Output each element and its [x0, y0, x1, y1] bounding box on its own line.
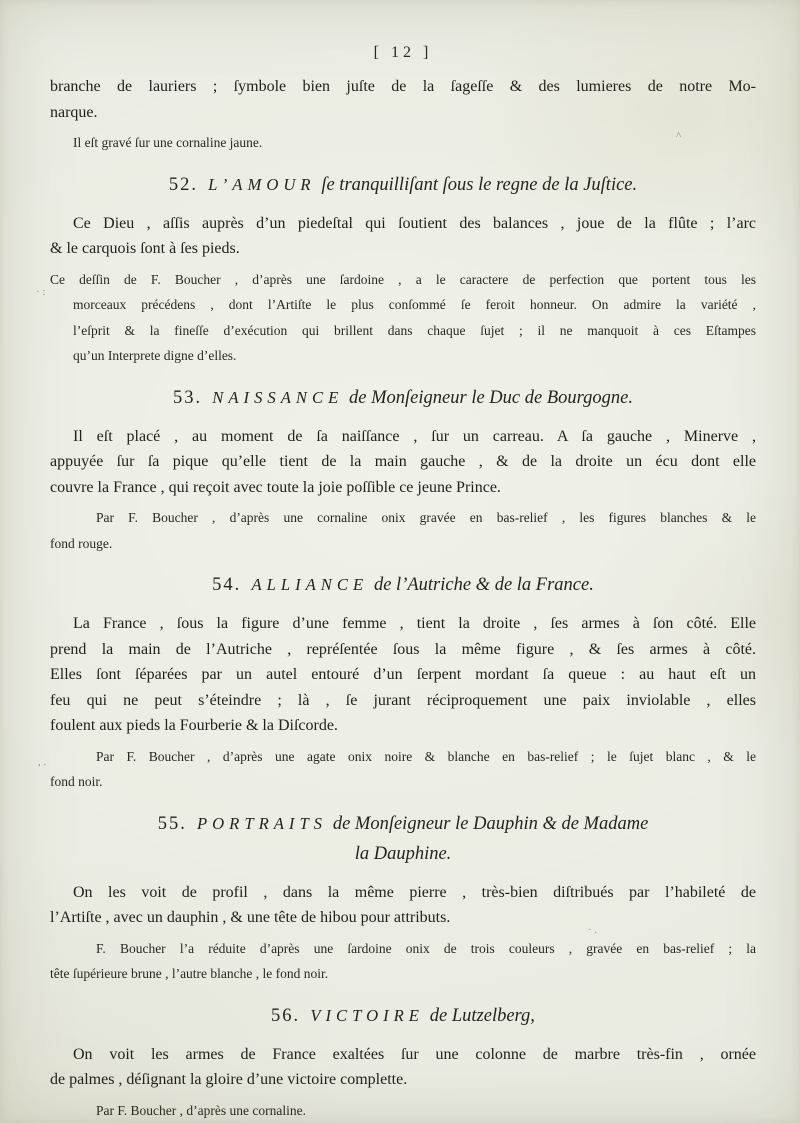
entry-title-text: de Monſeigneur le Dauphin & de Madame: [333, 814, 648, 834]
text-line: l’eſprit & la fineſſe d’exécution qui br…: [50, 318, 756, 344]
engraving-note: Ce deſſin de F. Boucher , d’après une ſa…: [50, 267, 756, 369]
paragraph: Ce Dieu , aſſis auprès d’un piedeſtal qu…: [50, 211, 756, 262]
text-line: foulent aux pieds la Fourberie & la Diſc…: [50, 713, 756, 739]
entry-heading: 53.NAISSANCEde Monſeigneur le Duc de Bou…: [50, 383, 756, 413]
entry-heading-line: 54.ALLIANCEde l’Autriche & de la France.: [50, 570, 756, 600]
entry-number: 54.: [212, 575, 241, 595]
page-number: [ 12 ]: [50, 44, 756, 62]
entry-keyword: PORTRAITS: [197, 814, 327, 833]
entry-keyword: L’AMOUR: [208, 175, 315, 194]
ink-speck: ^: [676, 130, 681, 142]
text-line: prend la main de l’Autriche , repréſenté…: [50, 637, 756, 663]
paragraph: On voit les armes de France exaltées ſur…: [50, 1042, 756, 1093]
text-line: qu’un Interprete digne d’elles.: [50, 343, 756, 369]
entry-number: 56.: [271, 1006, 300, 1026]
entry-keyword: VICTOIRE: [310, 1006, 424, 1025]
text-line: On les voit de profil , dans la même pie…: [50, 880, 756, 906]
entry-heading-line: 56.VICTOIREde Lutzelberg,: [50, 1001, 756, 1031]
text-line: fond rouge.: [50, 531, 756, 557]
entry-number: 55.: [158, 814, 187, 834]
entry-heading: 55.PORTRAITSde Monſeigneur le Dauphin & …: [50, 809, 756, 869]
text-line: tête ſupérieure brune , l’autre blanche …: [50, 961, 756, 987]
text-line: appuyée ſur ſa pique qu’elle tient de la…: [50, 449, 756, 475]
text-line: l’Artiſte , avec un dauphin , & une tête…: [50, 905, 756, 931]
entry-heading: 52.L’AMOURſe tranquilliſant ſous le regn…: [50, 170, 756, 200]
text-line: Par F. Boucher , d’après une cornaline o…: [50, 505, 756, 531]
text-line: La France , ſous la figure d’une femme ,…: [50, 611, 756, 637]
entry-number: 53.: [173, 388, 202, 408]
text-line: morceaux précédens , dont l’Artiſte le p…: [50, 292, 756, 318]
engraving-note: Par F. Boucher , d’après une cornaline o…: [50, 505, 756, 556]
text-line: Il eſt placé , au moment de ſa naiſſance…: [50, 424, 756, 450]
engraving-note: F. Boucher l’a réduite d’après une ſardo…: [50, 936, 756, 987]
entry-heading-line: 53.NAISSANCEde Monſeigneur le Duc de Bou…: [50, 383, 756, 413]
paragraph: La France , ſous la figure d’une femme ,…: [50, 611, 756, 739]
entry-heading-line: la Dauphine.: [50, 839, 756, 869]
text-line: Ce deſſin de F. Boucher , d’après une ſa…: [50, 267, 756, 293]
engraving-note: Par F. Boucher , d’après une agate onix …: [50, 744, 756, 795]
entry-heading: 56.VICTOIREde Lutzelberg,: [50, 1001, 756, 1031]
text-line: de palmes , déſignant la gloire d’une vi…: [50, 1067, 756, 1093]
text-line: Par F. Boucher , d’après une cornaline.: [50, 1098, 756, 1123]
text-line: branche de lauriers ; ſymbole bien juſte…: [50, 74, 756, 100]
engraving-note: Par F. Boucher , d’après une cornaline.: [50, 1098, 756, 1123]
entry-keyword: NAISSANCE: [212, 388, 343, 407]
entry-keyword: ALLIANCE: [251, 575, 368, 594]
entry-title-text: de l’Autriche & de la France.: [374, 575, 594, 595]
scanned-book-page: [ 12 ]branche de lauriers ; ſymbole bien…: [0, 0, 800, 1123]
entry-heading-line: 52.L’AMOURſe tranquilliſant ſous le regn…: [50, 170, 756, 200]
engraving-note: Il eſt gravé ſur une cornaline jaune.: [50, 130, 756, 156]
entry-title-text: de Lutzelberg,: [430, 1006, 535, 1026]
text-line: & le carquois ſont à ſes pieds.: [50, 236, 756, 262]
entry-title-text: ſe tranquilliſant ſous le regne de la Ju…: [321, 175, 637, 195]
text-line: Il eſt gravé ſur une cornaline jaune.: [50, 130, 756, 156]
entry-heading-line: 55.PORTRAITSde Monſeigneur le Dauphin & …: [50, 809, 756, 839]
paragraph: Il eſt placé , au moment de ſa naiſſance…: [50, 424, 756, 501]
entry-number: 52.: [169, 175, 198, 195]
text-line: couvre la France , qui reçoit avec toute…: [50, 475, 756, 501]
paragraph: On les voit de profil , dans la même pie…: [50, 880, 756, 931]
paragraph: branche de lauriers ; ſymbole bien juſte…: [50, 74, 756, 125]
ink-speck: · :: [36, 286, 45, 298]
text-line: fond noir.: [50, 769, 756, 795]
text-line: On voit les armes de France exaltées ſur…: [50, 1042, 756, 1068]
entry-heading: 54.ALLIANCEde l’Autriche & de la France.: [50, 570, 756, 600]
text-line: F. Boucher l’a réduite d’après une ſardo…: [50, 936, 756, 962]
ink-speck: , .: [38, 756, 46, 768]
text-line: Ce Dieu , aſſis auprès d’un piedeſtal qu…: [50, 211, 756, 237]
text-line: feu qui ne peut s’éteindre ; là , ſe jur…: [50, 688, 756, 714]
text-line: Par F. Boucher , d’après une agate onix …: [50, 744, 756, 770]
text-line: narque.: [50, 100, 756, 126]
entry-title-text: de Monſeigneur le Duc de Bourgogne.: [349, 388, 633, 408]
page-content: [ 12 ]branche de lauriers ; ſymbole bien…: [50, 0, 756, 1123]
ink-speck: · .: [588, 924, 597, 936]
entry-title-text: la Dauphine.: [355, 844, 452, 864]
text-line: Elles ſont ſéparées par un autel entouré…: [50, 662, 756, 688]
